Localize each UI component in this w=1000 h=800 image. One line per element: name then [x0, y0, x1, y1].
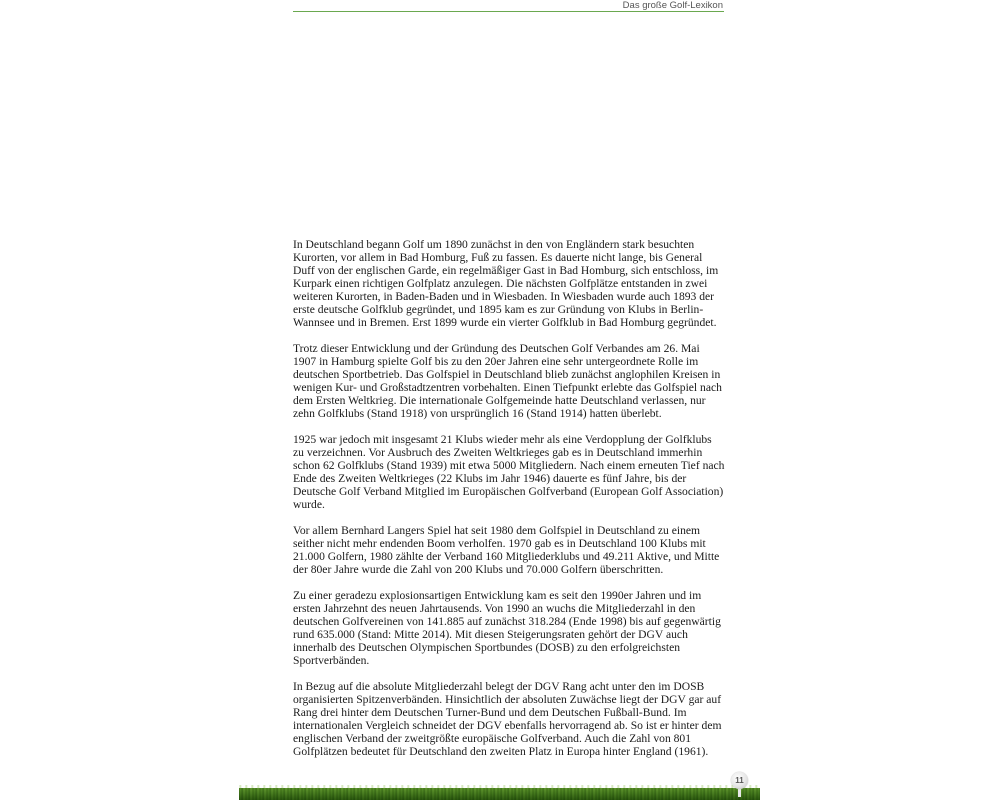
paragraph-1990s-growth: Zu einer geradezu explosionsartigen Entw… [293, 589, 725, 667]
grass-decoration [239, 788, 760, 800]
body-text: In Deutschland begann Golf um 1890 zunäc… [293, 238, 725, 771]
paragraph-ranking: In Bezug auf die absolute Mitgliederzahl… [293, 680, 725, 758]
paragraph-early-history: In Deutschland begann Golf um 1890 zunäc… [293, 238, 725, 329]
golf-tee-icon [738, 789, 741, 797]
golf-ball-page-number-icon: 11 [731, 772, 748, 789]
page-number: 11 [735, 776, 743, 785]
paragraph-langer-boom: Vor allem Bernhard Langers Spiel hat sei… [293, 524, 725, 576]
paragraph-dgv-founding: Trotz dieser Entwicklung und der Gründun… [293, 342, 725, 420]
header-divider [293, 11, 724, 12]
paragraph-interwar: 1925 war jedoch mit insgesamt 21 Klubs w… [293, 433, 725, 511]
book-title: Das große Golf-Lexikon [623, 0, 723, 11]
